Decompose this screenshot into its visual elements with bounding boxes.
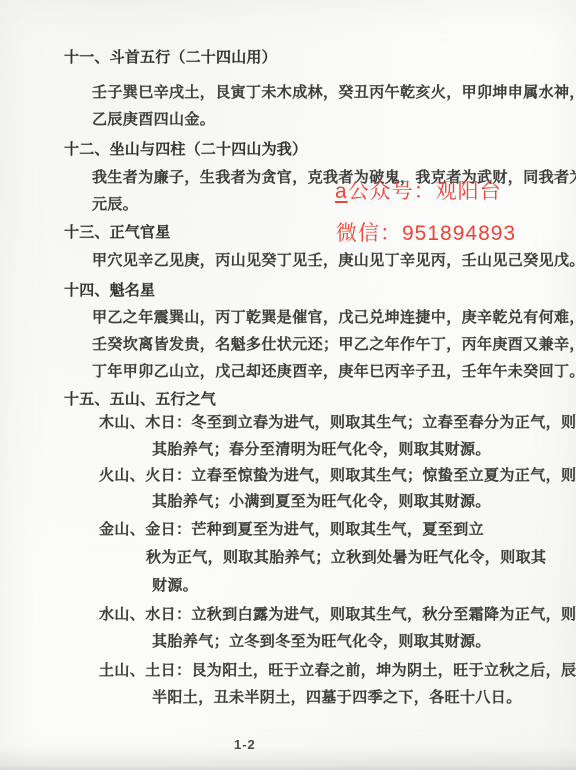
text-line: 丁年甲卯乙山立，戊己却还庚酉辛，庚年巳丙辛子丑，壬年午未癸回丁。 — [92, 362, 576, 382]
text-line: 秋为正气，则取其胎养气；立秋到处暑为旺气化令，则取其 — [146, 548, 546, 568]
page-number: 1-2 — [234, 737, 256, 752]
mountain-label: 土山、土日： — [99, 662, 191, 679]
mountain-label: 火山、火日： — [99, 467, 191, 484]
text-line: 甲穴见辛乙见庚，丙山见癸丁见壬，庚山见丁辛见丙，壬山见己癸见戊。 — [92, 251, 576, 271]
mountain-text: 芒种到夏至为进气，则取其生气，夏至到立 — [191, 521, 484, 538]
text-line: 其胎养气；春分至清明为旺气化令，则取其财源。 — [152, 440, 491, 460]
mountain-text: 艮为阳土，旺于立春之前，坤为阴土，旺于立秋之后，辰戌 — [191, 662, 576, 679]
section-11-heading: 十一、斗首五行（二十四山用） — [64, 48, 277, 68]
watermark-wechat-id: 微信：951894893 — [336, 222, 516, 246]
section-14-heading: 十四、魁名星 — [64, 281, 155, 301]
mountain-row-earth: 土山、土日：艮为阳土，旺于立春之前，坤为阴土，旺于立秋之后，辰戌 — [99, 661, 576, 681]
mountain-row-wood: 木山、木日：冬至到立春为进气，则取其生气；立春至春分为正气，则取 — [99, 413, 576, 433]
watermark-prefix: a — [335, 180, 348, 203]
mountain-label: 水山、水日： — [99, 606, 191, 623]
mountain-text: 立秋到白露为进气，则取其生气，秋分至霜降为正气，则取 — [191, 606, 576, 623]
text-line: 壬癸坎离皆发贵，名魁多仕状元还；甲乙之年作午丁，丙年庚酉又兼辛， — [92, 335, 576, 355]
watermark-official-account: a公众号：观阳台 — [335, 180, 502, 204]
mountain-row-fire: 火山、火日：立春至惊蛰为进气，则取其生气；惊蛰至立夏为正气，则取 — [99, 466, 576, 486]
text-line: 半阳土，丑未半阴土，四墓于四季之下，各旺十八日。 — [152, 688, 522, 708]
mountain-label: 金山、金日： — [99, 521, 191, 538]
mountain-row-metal: 金山、金日：芒种到夏至为进气，则取其生气，夏至到立 — [99, 520, 484, 540]
watermark-account-text: 公众号：观阳台 — [348, 180, 502, 203]
mountain-row-water: 水山、水日：立秋到白露为进气，则取其生气，秋分至霜降为正气，则取 — [99, 605, 576, 625]
text-line: 壬子巽巳辛戌土，艮寅丁未木成林，癸丑丙午乾亥火，甲卯坤申属水神， — [92, 83, 576, 103]
text-line: 甲乙之年震巽山，丙丁乾巽是催官，戊己兑坤连捷中，庚辛乾兑有何难， — [92, 308, 576, 328]
mountain-text: 冬至到立春为进气，则取其生气；立春至春分为正气，则取 — [191, 414, 576, 431]
text-line: 其胎养气；小满到夏至为旺气化令，则取其财源。 — [152, 492, 491, 512]
mountain-label: 木山、木日： — [99, 414, 191, 431]
text-line: 财源。 — [152, 576, 198, 596]
text-line: 其胎养气；立冬到冬至为旺气化令，则取其财源。 — [152, 632, 491, 652]
scanned-document-page: 十一、斗首五行（二十四山用） 壬子巽巳辛戌土，艮寅丁未木成林，癸丑丙午乾亥火，甲… — [0, 0, 576, 770]
text-line: 我生者为廉子，生我者为贪官，克我者为破鬼，我克者为武财，同我者为 — [92, 168, 576, 188]
section-13-heading: 十三、正气官星 — [64, 223, 170, 243]
mountain-text: 立春至惊蛰为进气，则取其生气；惊蛰至立夏为正气，则取 — [191, 467, 576, 484]
text-line: 乙辰庚酉四山金。 — [92, 110, 215, 130]
text-line: 元辰。 — [92, 195, 138, 215]
section-15-heading: 十五、五山、五行之气 — [64, 390, 216, 410]
section-12-heading: 十二、坐山与四柱（二十四山为我） — [64, 140, 307, 160]
